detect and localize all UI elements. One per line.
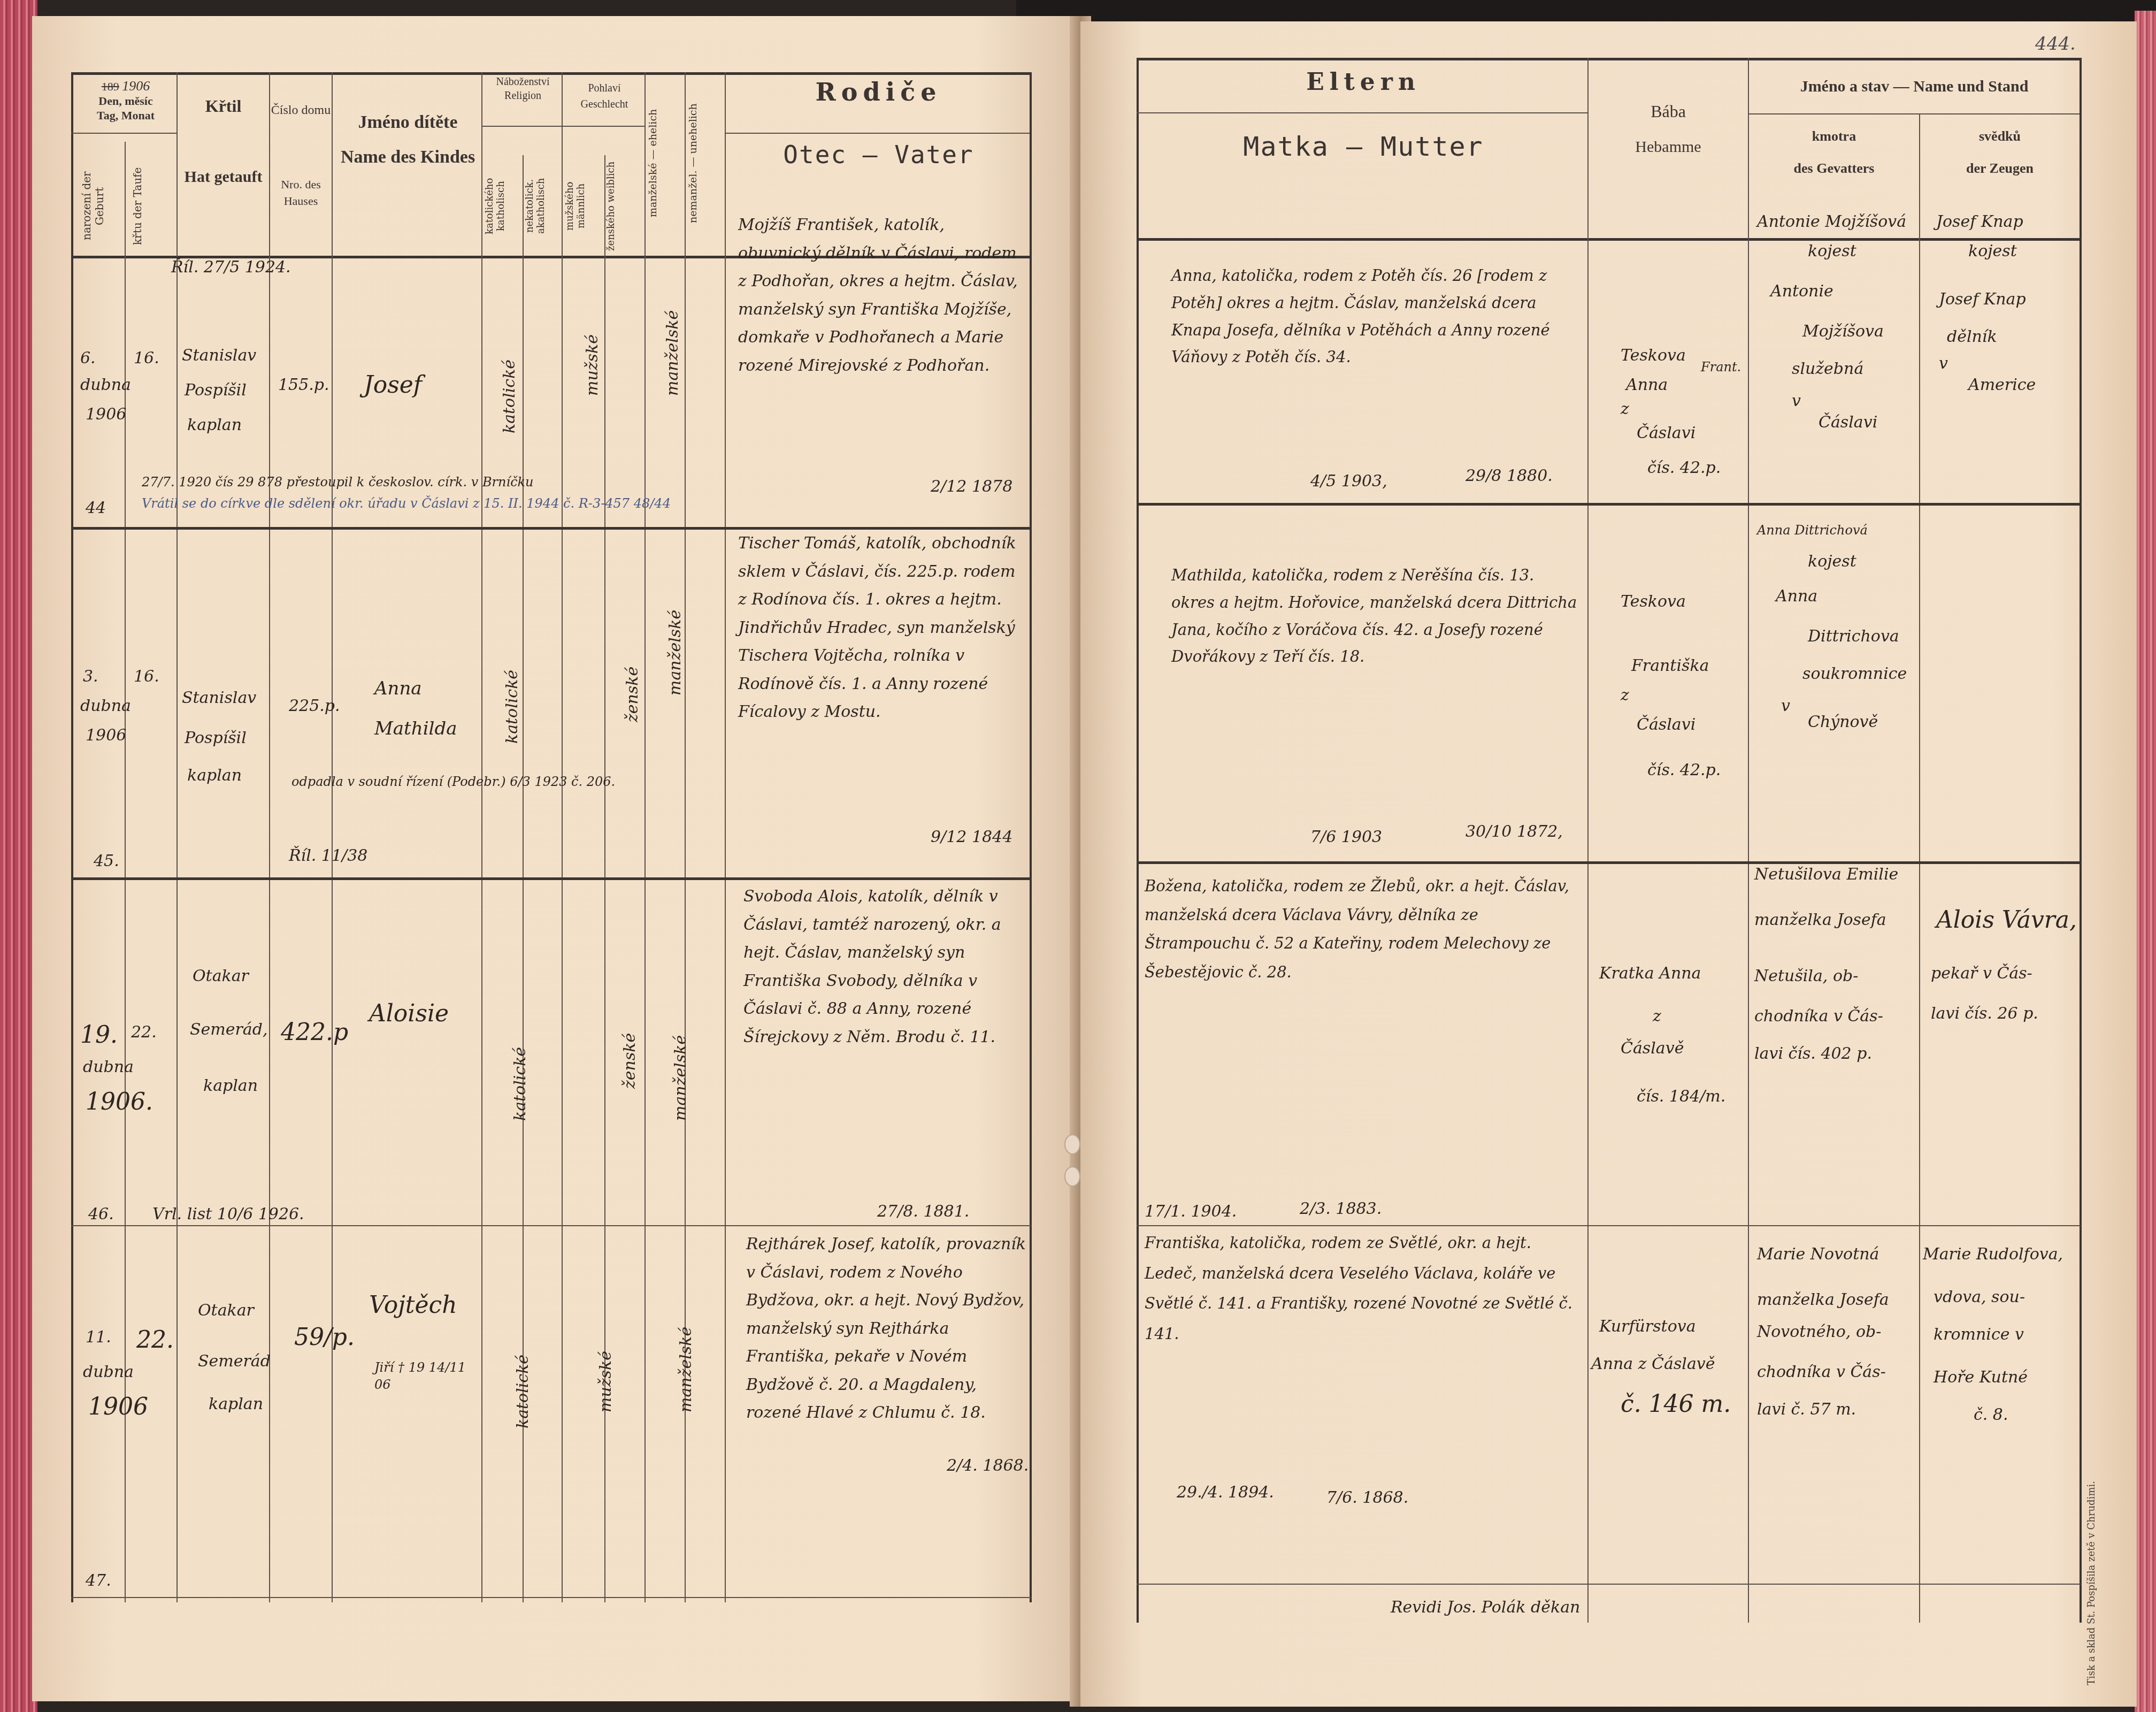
priest-first: Otakar: [193, 966, 249, 988]
legitimacy: manželské: [677, 1295, 695, 1412]
witness-occupation: dělník: [1947, 326, 1997, 348]
mother-marriage: 4/5 1903,: [1310, 471, 1387, 493]
right-frame-right: [2080, 58, 2082, 1623]
page-number: 444.: [2035, 33, 2076, 55]
priest-last: Pospíšil: [185, 380, 247, 402]
witness-line-4: Hoře Kutné: [1934, 1367, 2028, 1389]
godparent-in: v: [1792, 391, 1801, 412]
godparent-kojest: kojest: [1808, 551, 1856, 573]
col-div: [177, 72, 178, 1602]
godparent-line-1: Netušilova Emilie: [1754, 864, 1898, 886]
midwife-town: Čáslavi: [1637, 423, 1695, 445]
midwife-line-1: Kurfürstova: [1599, 1316, 1696, 1338]
row-rule-47: [71, 1597, 1031, 1598]
priest-title: kaplan: [203, 1075, 258, 1097]
entry-number: 44: [86, 498, 106, 519]
midwife-name: Kratka Anna: [1599, 963, 1701, 985]
col-div: [562, 72, 563, 1602]
child-name-de: Name des Kindes: [334, 147, 481, 167]
father-dob: 9/12 1844: [931, 827, 1012, 849]
godparent-line-3: Novotného, ob-: [1757, 1321, 1881, 1343]
binding-hole: [1064, 1134, 1080, 1155]
legitimate-header: manželské — ehelich: [647, 75, 682, 251]
binding-hole: [1064, 1166, 1080, 1187]
religion: katolické: [511, 976, 530, 1121]
mother-dob: 2/3. 1883.: [1300, 1198, 1382, 1220]
printer-imprint: Tisk a sklad St. Pospíšila zetě v Chrudi…: [2086, 1113, 2097, 1685]
birth-subheader: narození der Geburt: [80, 160, 112, 251]
sex-header: Pohlaví Geschlecht: [564, 80, 645, 112]
house-number: 225.p.: [289, 695, 340, 717]
father-text: Tischer Tomáš, katolík, obchodník sklem …: [738, 530, 1027, 727]
sex: ženské: [620, 992, 639, 1089]
left-frame-right: [1030, 72, 1032, 1602]
godparent-line-5: lavi čís. 402 p.: [1754, 1043, 1872, 1065]
witness-de: der Zeugen: [1920, 160, 2080, 177]
baptism-day: 16.: [134, 666, 159, 688]
father-text: Svoboda Alois, katolík, dělník v Čáslavi…: [743, 883, 1030, 1051]
godparent-line-3: Netušila, ob-: [1754, 966, 1858, 988]
witness-in: v: [1939, 353, 1948, 375]
left-frame-left: [71, 72, 73, 1602]
note-blue: Vrátil se do církve dle sdělení okr. úřa…: [142, 495, 671, 512]
name-status-header: Jméno a stav — Name und Stand: [1749, 78, 2080, 96]
midwife-house: čís. 42.p.: [1647, 457, 1721, 479]
book-cover: [1016, 0, 2156, 21]
child-note: Jiří † 19 14/11 06: [374, 1359, 476, 1394]
register-book: 189 1906 Den, měsíc Tag, Monat narození …: [0, 0, 2156, 1712]
mother-text: Božena, katolička, rodem ze Žlebů, okr. …: [1145, 872, 1578, 987]
midwife-given: Františka: [1631, 655, 1709, 677]
baptized-by-de: Hat getauft: [179, 166, 267, 188]
godparent-name: Antonie Mojžíšová: [1757, 211, 1906, 233]
baptism-day: 16.: [134, 348, 159, 370]
mother-dob: 29/8 1880.: [1466, 465, 1553, 487]
row-rule-45-right: [1137, 861, 2081, 864]
religion-catholic-subheader: katolického katholisch: [484, 160, 521, 251]
col-div: [269, 72, 270, 1602]
illegitimate-header: nemanžel. — unehelich: [687, 75, 722, 251]
note-top: Říl. 27/5 1924.: [171, 257, 291, 279]
godparent-line-2: manželka Josefa: [1757, 1289, 1889, 1311]
child-name-header: Jméno dítěte: [334, 112, 481, 133]
priest-title: kaplan: [209, 1394, 263, 1416]
priest-title: kaplan: [187, 415, 242, 437]
midwife-from: z: [1621, 399, 1629, 421]
priest-title: kaplan: [187, 765, 242, 787]
entry-number: 45.: [94, 851, 119, 873]
father-dob: 2/4. 1868.: [947, 1455, 1029, 1477]
religion-label: Náboženství: [496, 76, 550, 88]
row-rule-47-right: [1137, 1584, 2081, 1585]
mother-dob: 30/10 1872,: [1466, 821, 1563, 843]
baptism-subheader: křtu der Taufe: [131, 160, 163, 251]
sex: mužské: [596, 1316, 615, 1412]
col-div: [645, 72, 646, 1602]
sex-female-subheader: ženského weiblich: [605, 160, 643, 251]
midwife-town: Čáslavě: [1621, 1038, 1684, 1060]
midwife-line-2: Anna z Čáslavě: [1591, 1354, 1715, 1375]
religion-sex-sub-rule: [481, 126, 645, 127]
sex: mužské: [583, 278, 602, 396]
father-dob: 27/8. 1881.: [877, 1201, 969, 1223]
legitimacy: manželské: [671, 971, 690, 1121]
religion-label-de: Religion: [504, 90, 541, 102]
godparent-de: des Gevatters: [1749, 160, 1919, 177]
godparent-line-5: lavi č. 57 m.: [1757, 1399, 1856, 1421]
year: 1906: [86, 725, 126, 747]
mother-dob: 7/6. 1868.: [1326, 1487, 1408, 1509]
mother-marriage: 7/6 1903: [1310, 827, 1382, 849]
religion-noncatholic-subheader: nekatolick. akatholisch: [524, 160, 562, 251]
birth-day: 3.: [83, 666, 98, 688]
religion: katolické: [503, 626, 521, 744]
child-name: Aloisie: [369, 998, 449, 1029]
godparent-given: Anna: [1776, 586, 1817, 608]
priest-last: Semerád: [198, 1351, 271, 1373]
godparent-in: v: [1781, 695, 1790, 717]
child-name: Vojtěch: [369, 1289, 457, 1321]
godparent-town: Chýnově: [1808, 712, 1878, 733]
name-stand-sub-rule: [1748, 113, 2080, 114]
legitimacy: manželské: [666, 567, 685, 695]
witness-line-1: Marie Rudolfova,: [1923, 1244, 2063, 1266]
house-no-de: Nro. des Hauses: [270, 177, 332, 210]
page-edges-right: [2135, 11, 2156, 1712]
godparent-header: kmotra: [1749, 128, 1919, 144]
col-div: [1748, 58, 1749, 1623]
col-div: [125, 142, 126, 1602]
entry-number: 47.: [86, 1570, 111, 1592]
legitimacy: manželské: [663, 257, 682, 396]
birth-day: 19.: [80, 1019, 118, 1051]
sex-label: Pohlaví: [588, 82, 620, 94]
row-rule-46-right: [1137, 1225, 2081, 1226]
eltern-header: Eltern: [1139, 68, 1587, 96]
midwife-surname: Teskova: [1621, 591, 1686, 613]
witness-line-2: pekař v Čás-: [1931, 963, 2032, 985]
date-header: 189 1906 Den, měsíc Tag, Monat: [75, 78, 177, 123]
year: 1906: [86, 404, 126, 426]
godparent-line-1: Marie Novotná: [1757, 1244, 1879, 1266]
midwife-surname: Teskova: [1621, 345, 1686, 367]
year-written: 1906: [122, 78, 150, 94]
right-top-rule: [1137, 58, 2081, 60]
col-div: [725, 72, 726, 1602]
right-header-bottom-rule: [1137, 238, 2081, 241]
religion-header: Náboženství Religion: [484, 75, 562, 103]
midwife-house: čís. 184/m.: [1637, 1086, 1725, 1108]
child-name: Anna Mathilda: [374, 669, 492, 749]
priest-first: Stanislav: [182, 345, 256, 367]
mother-marriage: 17/1. 1904.: [1145, 1201, 1237, 1223]
date-label: Den, měsíc Tag, Monat: [97, 94, 155, 121]
midwife-from: z: [1653, 1006, 1661, 1028]
month: dubna: [80, 374, 131, 396]
witness-line-3: lavi čís. 26 p.: [1931, 1003, 2038, 1025]
mother-text: Mathilda, katolička, rodem z Nerěšína čí…: [1171, 562, 1578, 670]
godparent-line-4: chodníka v Čás-: [1754, 1006, 1883, 1028]
witness-header: svědků: [1920, 128, 2080, 144]
eltern-sub-rule: [1137, 112, 1587, 113]
godparent-surname: Mojžíšova: [1802, 321, 1884, 343]
house-no-header: Číslo domu: [270, 102, 332, 120]
godparent-kojest: kojest: [1808, 241, 1856, 263]
priest-first: Stanislav: [182, 687, 256, 709]
col-div: [1587, 58, 1589, 1623]
godparent-status: služebná: [1792, 358, 1863, 380]
witness-line-2: vdova, sou-: [1934, 1287, 2025, 1309]
row-rule-45: [71, 877, 1031, 880]
col-div: [1919, 113, 1920, 1623]
note-bottom: Říl. 11/38: [289, 845, 367, 867]
col-div: [481, 72, 482, 1602]
mother-marriage: 29./4. 1894.: [1177, 1482, 1274, 1504]
mother-text: Anna, katolička, rodem z Potěh čís. 26 […: [1171, 262, 1578, 371]
month: dubna: [83, 1057, 134, 1079]
birth-day: 11.: [86, 1327, 111, 1349]
midwife-from: z: [1621, 685, 1629, 707]
priest-last: Pospíšil: [185, 728, 247, 750]
house-number: 422.p: [281, 1017, 348, 1048]
witness-kojest: kojest: [1968, 241, 2017, 263]
mother-header: Matka — Mutter: [1139, 131, 1587, 162]
midwife-given: Anna: [1626, 374, 1668, 396]
parents-header: Rodiče: [727, 78, 1030, 106]
house-number: 155.p.: [278, 374, 329, 396]
godparent-surname: Dittrichova: [1808, 626, 1899, 648]
sex-male-subheader: mužského männlich: [564, 160, 602, 251]
godparent-name: Anna Dittrichová: [1757, 522, 1868, 539]
godparent-status: soukromnice: [1802, 663, 1907, 685]
midwife-line-3: č. 146 m.: [1621, 1388, 1731, 1420]
witness-line-1: Alois Vávra,: [1936, 904, 2077, 936]
midwife-header: Bába: [1589, 102, 1748, 121]
note-bottom: Vrl. list 10/6 1926.: [152, 1204, 304, 1226]
father-header: Otec — Vater: [727, 140, 1030, 169]
religion: katolické: [513, 1300, 532, 1428]
baptism-day: 22.: [131, 1022, 157, 1044]
godparent-given: Antonie: [1770, 281, 1833, 303]
note-bottom: 27/7. 1920 čís 29 878 přestoupil k česko…: [142, 473, 534, 491]
revision-signature: Revidi Jos. Polák děkan: [1391, 1597, 1580, 1619]
month: dubna: [80, 695, 131, 717]
sex-label-de: Geschlecht: [581, 98, 628, 110]
witness-name: Josef Knap: [1936, 211, 2023, 233]
midwife-town: Čáslavi: [1637, 714, 1695, 736]
rodice-sub-rule: [725, 133, 1030, 134]
midwife-note: Frant.: [1701, 358, 1741, 376]
father-dob: 2/12 1878: [931, 476, 1012, 498]
midwife-de: Hebamme: [1589, 138, 1748, 156]
house-number: 59/p.: [294, 1321, 355, 1353]
child-name: Josef: [364, 369, 422, 401]
godparent-town: Čáslavi: [1819, 412, 1877, 434]
mother-text: Františka, katolička, rodem ze Světlé, o…: [1145, 1228, 1578, 1349]
witness-line-3: kromnice v: [1934, 1324, 2024, 1346]
year-printed: 189: [102, 80, 119, 93]
year: 1906.: [86, 1086, 153, 1118]
priest-last: Semerád,: [190, 1019, 267, 1041]
baptism-day: 22.: [136, 1324, 174, 1356]
year: 1906: [88, 1391, 148, 1423]
baptized-by-header: Křtil: [179, 96, 267, 116]
right-frame-left: [1137, 58, 1139, 1623]
father-text: Rejthárek Josef, katolík, provazník v Čá…: [746, 1230, 1030, 1427]
note-mid: odpadla v soudní řízení (Podebr.) 6/3 19…: [291, 770, 666, 793]
witness-place: Americe: [1968, 374, 2036, 396]
godparent-line-2: manželka Josefa: [1754, 909, 1886, 931]
father-text: Mojžíš František, katolík, obuvnický děl…: [738, 211, 1027, 380]
godparent-line-4: chodníka v Čás-: [1757, 1362, 1886, 1384]
row-rule-44-right: [1137, 503, 2081, 506]
date-sub-rule: [71, 133, 177, 134]
midwife-house: čís. 42.p.: [1647, 760, 1721, 782]
witness-line-5: č. 8.: [1974, 1404, 2008, 1426]
entry-number: 46.: [88, 1204, 114, 1226]
religion: katolické: [500, 289, 519, 433]
month: dubna: [83, 1362, 134, 1384]
sex: ženské: [623, 615, 642, 722]
birth-day: 6.: [80, 348, 96, 370]
priest-first: Otakar: [198, 1300, 254, 1322]
witness-given: Josef Knap: [1939, 289, 2026, 311]
col-div: [332, 72, 333, 1602]
